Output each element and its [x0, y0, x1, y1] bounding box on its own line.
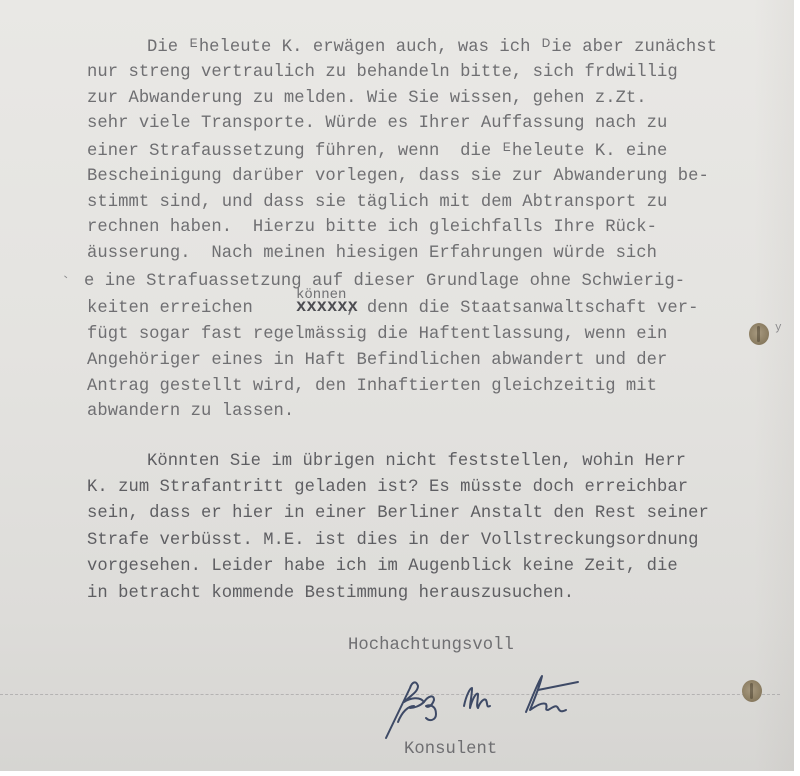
punch-hole-lower [742, 680, 762, 702]
stray-mark: y [775, 322, 782, 334]
text-line: äusserung. Nach meinen hiesigen Erfahrun… [87, 244, 657, 264]
text-line: fügt sogar fast regelmässig die Haftentl… [87, 325, 667, 345]
stray-mark: - [58, 269, 73, 284]
text-line: e ine Strafuassetzung auf dieser Grundla… [84, 272, 685, 292]
punch-hole-upper [749, 323, 769, 345]
text-line: Könnten Sie im übrigen nicht feststellen… [147, 452, 686, 472]
text-line: sehr viele Transporte. Würde es Ihrer Au… [87, 114, 667, 134]
text-line: Bescheinigung darüber vorlegen, dass sie… [87, 167, 709, 187]
text-line: rechnen haben. Hierzu bitte ich gleichfa… [87, 218, 657, 238]
text-line: abwandern zu lassen. [87, 402, 294, 422]
text-line: stimmt sind, und dass sie täglich mit de… [87, 193, 667, 213]
text-line: Antrag gestellt wird, den Inhaftierten g… [87, 377, 657, 397]
text-line: K. zum Strafantritt geladen ist? Es müss… [87, 478, 688, 498]
closing-salutation: Hochachtungsvoll [348, 636, 514, 656]
text-line: in betracht kommende Bestimmung herauszu… [87, 584, 574, 604]
text-line: zur Abwanderung zu melden. Wie Sie wisse… [87, 89, 647, 109]
letter-page: Die ᴱheleute K. erwägen auch, was ich ᴰi… [0, 0, 794, 771]
text-line: Angehöriger eines in Haft Befindlichen a… [87, 351, 667, 371]
text-line: keiten erreichen , denn die Staatsanwalt… [87, 299, 699, 319]
handwritten-signature [380, 662, 620, 742]
text-line: einer Strafaussetzung führen, wenn die ᴱ… [87, 142, 667, 162]
text-line: nur streng vertraulich zu behandeln bitt… [87, 63, 678, 83]
signature-title: Konsulent [404, 740, 497, 760]
text-line: sein, dass er hier in einer Berliner Ans… [87, 504, 709, 524]
text-line: vorgesehen. Leider habe ich im Augenblic… [87, 557, 678, 577]
text-line: Die ᴱheleute K. erwägen auch, was ich ᴰi… [147, 38, 717, 58]
text-line: Strafe verbüsst. M.E. ist dies in der Vo… [87, 531, 699, 551]
struck-out-word: xxxxxx [296, 298, 358, 317]
